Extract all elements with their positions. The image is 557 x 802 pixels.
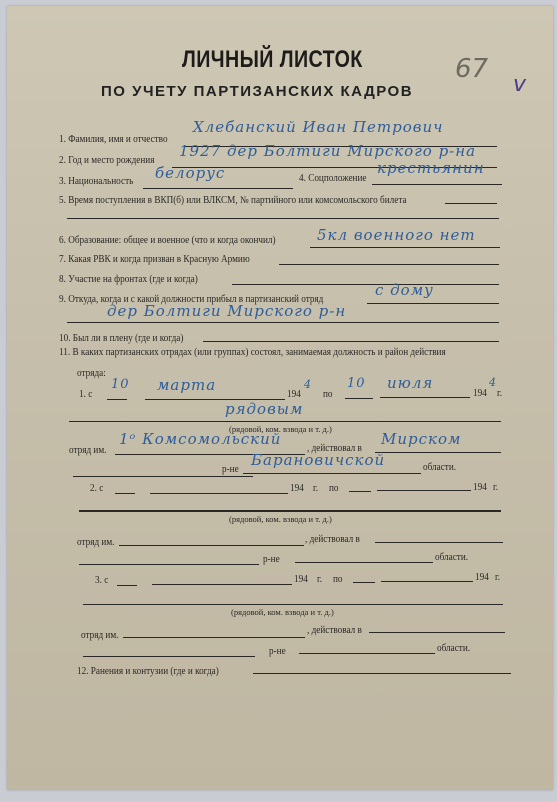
field-8-label: 8. Участие на фронтах (где и когда) [59,274,198,285]
field-3-value[interactable]: белорус [155,164,225,182]
entry-3-number: 3. с [95,575,108,586]
entry-2-acted-label: , действовал в [305,534,360,545]
field-2-label: 2. Год и место рождения [59,155,154,166]
entry-2-district-line [79,564,259,565]
entry-2-to-year: 194 [473,482,487,493]
field-1-label: 1. Фамилия, имя и отчество [59,134,168,145]
entry-3-region-line [299,653,435,654]
entry-2-from-day-line [115,493,135,494]
entry-3-district-label: р-не [269,646,286,657]
entry-1-from-day[interactable]: 10 [111,377,130,392]
entry-1-acted-line [375,452,501,453]
entry-2-district-label: р-не [263,554,280,565]
field-6-label: 6. Образование: общее и военное (что и к… [59,235,276,246]
entry-2-position-line [79,510,501,512]
field-9-value-1[interactable]: с дому [375,281,434,299]
field-4-value[interactable]: крестьянин [377,159,485,177]
field-8-line [232,284,499,285]
entry-3-acted-label: , действовал в [307,625,362,636]
entry-3-to-day-line [353,582,375,583]
field-11-label: 11. В каких партизанских отрядах (или гр… [59,347,446,358]
entry-1-region-value[interactable]: Барановичской [251,451,385,469]
entry-1-district-label: р-не [222,464,239,475]
entry-2-from-year: 194 [290,483,304,494]
entry-2-region-line [295,562,433,563]
entry-2-to-day-line [349,491,371,492]
field-10-line [203,341,499,342]
field-9-value-2[interactable]: дер Болтиги Мирского р-н [107,302,346,320]
entry-3-position-caption: (рядовой, ком. взвода и т. д.) [231,607,334,617]
entry-1-to-year-digit[interactable]: 4 [489,376,497,389]
entry-2-unit-line [119,545,304,546]
entry-3-to-label: по [333,574,343,585]
field-6-line [310,247,500,248]
field-6-value[interactable]: 5кл военного нет [317,226,476,244]
entry-1-from-year-prefix: 194 [287,389,301,400]
field-10-label: 10. Был ли в плену (где и когда) [59,333,183,344]
entry-1-to-month[interactable]: июля [387,374,433,392]
entry-3-to-year-suffix: г. [495,572,500,583]
entry-2-acted-line [375,542,503,543]
entry-1-from-month[interactable]: марта [157,376,216,394]
entry-1-position-line [69,421,501,422]
form-sheet: ЛИЧНЫЙ ЛИСТОК ПО УЧЕТУ ПАРТИЗАНСКИХ КАДР… [7,6,553,790]
entry-3-acted-line [369,632,505,633]
field-4-label: 4. Соцположение [299,173,366,184]
entry-3-from-day-line [117,585,137,586]
field-12-label: 12. Ранения и контузии (где и когда) [77,666,219,677]
field-11-label-2: отряда: [77,368,106,379]
entry-3-position-line [83,604,503,605]
entry-2-region-label: области. [435,552,468,563]
entry-1-year-suffix: г. [497,388,502,399]
entry-1-number: 1. с [79,389,92,400]
entry-2-position-caption: (рядовой, ком. взвода и т. д.) [229,514,332,524]
entry-1-acted-value[interactable]: Мирском [381,430,461,448]
entry-1-unit-label: отряд им. [69,445,106,456]
field-7-line [279,264,499,265]
field-4-line [372,184,502,185]
form-title: ЛИЧНЫЙ ЛИСТОК [182,46,363,74]
field-9-line-b [67,322,499,323]
entry-3-unit-line [123,637,305,638]
entry-3-from-month-line [152,584,292,585]
entry-1-from-year-digit[interactable]: 4 [304,378,312,391]
field-5-label: 5. Время поступления в ВКП(б) или ВЛКСМ,… [59,195,407,206]
field-3-line [143,188,293,189]
entry-2-to-year-suffix: г. [493,482,498,493]
entry-2-to-label: по [329,483,339,494]
entry-1-to-day[interactable]: 10 [347,376,366,391]
entry-1-to-label: по [323,389,333,400]
entry-1-region-label: области. [423,462,456,473]
entry-2-to-month-line [377,490,471,491]
entry-1-unit-value[interactable]: 1ᵒ Комсомольский [119,430,281,448]
entry-1-to-day-line [345,398,373,399]
entry-3-to-year: 194 [475,572,489,583]
entry-2-from-year-suffix: г. [313,483,318,494]
entry-2-number: 2. с [90,483,103,494]
entry-1-position[interactable]: рядовым [225,400,303,418]
entry-2-unit-label: отряд им. [77,537,114,548]
entry-3-from-year: 194 [294,574,308,585]
entry-3-unit-label: отряд им. [81,630,118,641]
entry-3-from-year-suffix: г. [317,574,322,585]
field-5-line-b [67,218,499,219]
field-7-label: 7. Какая РВК и когда призван в Красную А… [59,254,250,265]
pencil-number-mark: 67 [455,54,488,84]
entry-2-from-month-line [150,493,288,494]
entry-1-from-day-line [107,399,127,400]
field-12-line [253,673,511,674]
field-5-line-a [445,203,497,204]
entry-1-to-month-line [380,397,470,398]
entry-3-to-month-line [381,581,473,582]
entry-1-region-line [243,473,421,474]
field-9-line-a [367,303,499,304]
entry-3-district-line [83,656,255,657]
field-3-label: 3. Национальность [59,176,133,187]
entry-1-district-line [73,476,253,477]
entry-1-to-year-prefix: 194 [473,388,487,399]
field-2-value[interactable]: 1927 дер Болтиги Мирского р-на [179,142,476,160]
form-subtitle: ПО УЧЕТУ ПАРТИЗАНСКИХ КАДРОВ [101,83,413,100]
field-1-value[interactable]: Хлебанский Иван Петрович [193,118,443,136]
check-mark: v [513,72,526,97]
entry-3-region-label: области. [437,643,470,654]
